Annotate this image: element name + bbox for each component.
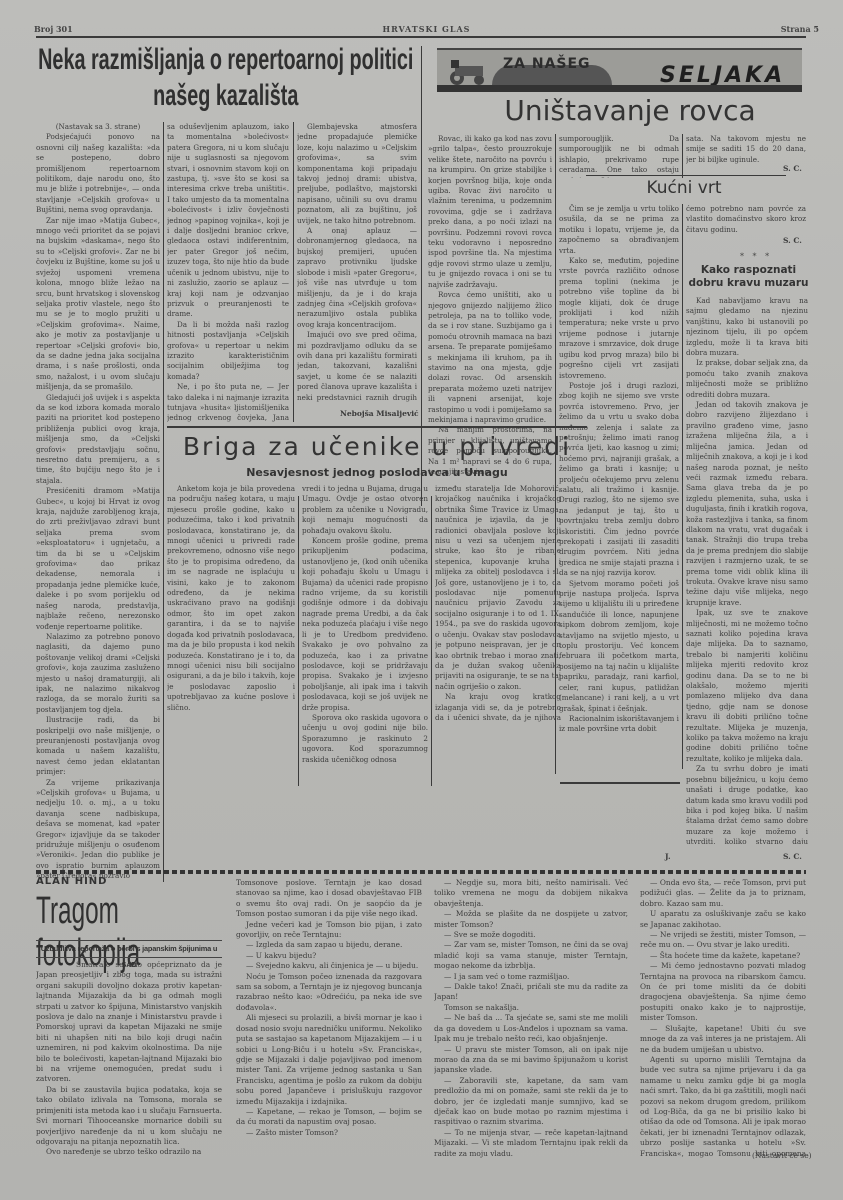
mole-column-2: sumporougljik. Da sumporougljik ne bi od… bbox=[559, 134, 679, 178]
section-rule bbox=[586, 175, 786, 176]
section-rule bbox=[560, 782, 680, 784]
serial-continued-note: (Nastavit će se) bbox=[752, 1151, 812, 1160]
students-column-1: Anketom koja je bila provedena na područ… bbox=[167, 484, 295, 784]
column-divider bbox=[431, 496, 432, 786]
garden-title: Kućni vrt bbox=[559, 178, 809, 198]
mole-column-1: Rovac, ili kako ga kod nas zovu »grilo t… bbox=[428, 134, 552, 506]
farm-section-banner: ZA NAŠEG SELJAKA bbox=[437, 48, 802, 92]
column-divider bbox=[163, 122, 164, 882]
theatre-signature: Nebojša Misaljević bbox=[340, 409, 419, 418]
garden-signature: S. C. bbox=[783, 236, 802, 245]
garden-column-2: ćemo potrebno nam povrće za vlastito dom… bbox=[686, 204, 806, 238]
cow-title-line1: Kako raspoznati bbox=[686, 264, 811, 277]
page-number: Strana 5 bbox=[781, 24, 819, 34]
garden-column-1: Čim se je zemlja u vrtu toliko osušila, … bbox=[559, 204, 679, 769]
serial-author: ALAN HIND bbox=[36, 876, 222, 887]
serial-column-1: Smatralo se kao općepriznato da je Japan… bbox=[36, 960, 222, 1192]
serial-column-4: — Onda evo šta, — reče Tomson, prvi put … bbox=[640, 878, 806, 1160]
banner-text-left: ZA NAŠEG bbox=[503, 56, 591, 72]
column-divider bbox=[682, 204, 683, 769]
serial-subtitle: Uzbudljiva reportaža o borbi s japanskim… bbox=[36, 940, 222, 958]
students-signature: J. bbox=[665, 852, 671, 861]
serial-column-2: Tomsonove poslove. Terntajn je kao dosad… bbox=[236, 878, 422, 1192]
page-header: Broj 301 HRVATSKI GLAS Strana 5 bbox=[30, 20, 823, 36]
column-divider bbox=[555, 134, 556, 774]
theatre-title-line2: našeg kazališta bbox=[36, 80, 416, 112]
cow-title-line2: dobru kravu muzaru bbox=[686, 277, 811, 290]
mole-title: Uništavanje rovca bbox=[430, 94, 830, 127]
serial-column-3: — Negdje su, mora biti, nešto namirisali… bbox=[434, 878, 628, 1192]
mole-column-3: sata. Na takovom mjestu ne smije se sadi… bbox=[686, 134, 806, 168]
mole-signature: S. C. bbox=[783, 164, 802, 173]
header-rule bbox=[36, 36, 806, 38]
separator-stars: * * * bbox=[740, 252, 772, 261]
theatre-title-line1: Neka razmišljanja o repertoarnoj politic… bbox=[36, 44, 416, 76]
students-column-2: vredi i to jedna u Bujama, druga u Umagu… bbox=[302, 484, 428, 784]
newspaper-name: HRVATSKI GLAS bbox=[30, 24, 823, 34]
newspaper-page: Broj 301 HRVATSKI GLAS Strana 5 Neka raz… bbox=[0, 0, 843, 1200]
tractor-icon bbox=[443, 58, 493, 86]
theatre-column-2: sa oduševljenim aplauzom, iako ta moment… bbox=[167, 122, 289, 422]
column-divider bbox=[682, 134, 683, 178]
theatre-column-1: (Nastavak sa 3. strane) Podsjećajući pon… bbox=[36, 122, 160, 882]
column-divider bbox=[298, 496, 299, 786]
students-column-3: između staratelja Ide Mohorović, krojačk… bbox=[435, 484, 561, 724]
section-separator bbox=[36, 870, 806, 874]
cow-signature: S. C. bbox=[783, 852, 802, 861]
theatre-column-3: Glembajevska atmosfera jedne propadajuće… bbox=[297, 122, 417, 402]
column-divider bbox=[293, 122, 294, 422]
cow-column-1: Kad nabavljamo kravu na sajmu gledamo na… bbox=[686, 296, 808, 844]
